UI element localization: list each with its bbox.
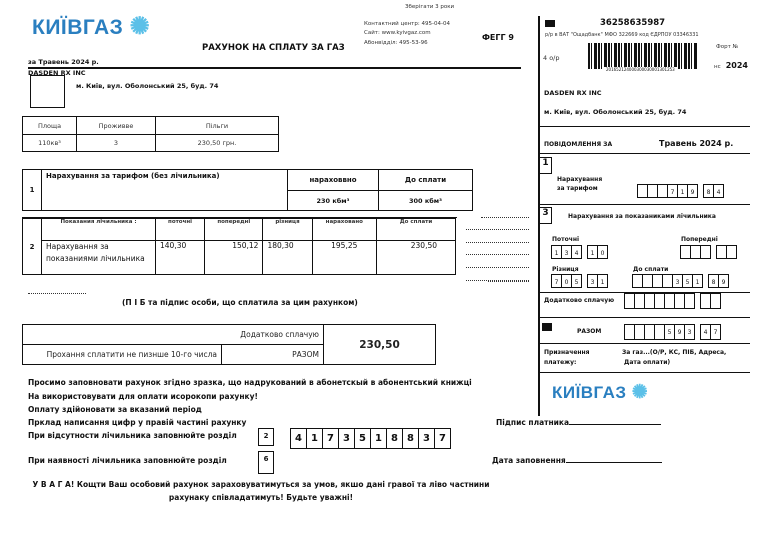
divider xyxy=(28,67,521,69)
instruction-line: На використовувати для оплати исорокопи … xyxy=(28,392,258,401)
deadline-note: Прохання сплатити не пизнше 10-го числа xyxy=(23,345,222,365)
previous-digits xyxy=(681,245,737,259)
section-1-accrued-header: нараховвно xyxy=(288,170,379,191)
right-payer-name: DASDEN RX INC xyxy=(544,89,602,97)
instruction-line: Просимо заповновати рахунок згідно зразк… xyxy=(28,378,472,387)
current-digits: 1 3 4 1 0 xyxy=(552,245,608,259)
digit-cell[interactable]: 3 xyxy=(684,324,695,340)
subscriber-dept: Абонвідділ: 495-53-96 xyxy=(364,40,428,46)
divider xyxy=(539,372,750,373)
previous-label: Попередні xyxy=(681,236,718,243)
bank-details: р/р в ВАТ "Ощадбанк" МФО 322669 код ЄДРП… xyxy=(545,32,699,38)
fill-date-label: Дата заповнення xyxy=(492,456,662,465)
instruction-line: Прклад написання цифр у правій частині р… xyxy=(28,418,246,427)
sample-digit: 3 xyxy=(418,428,435,449)
digit-cell[interactable] xyxy=(726,245,737,259)
value-residents: 3 xyxy=(77,135,156,152)
sample-digit: 8 xyxy=(386,428,403,449)
total-value: 230,50 xyxy=(324,325,436,365)
website: Сайт: www.kyivgaz.com xyxy=(364,30,431,36)
photo-box xyxy=(30,75,65,108)
page-title: РАХУНОК НА СПЛАТУ ЗА ГАЗ xyxy=(202,43,345,53)
dotted-leader xyxy=(466,254,529,255)
header-residents: Проживве xyxy=(77,117,156,135)
digit-cell[interactable] xyxy=(700,245,711,259)
section-1-accrued-value: 230 кбм³ xyxy=(288,191,379,211)
difference-label: Різниця xyxy=(552,266,579,273)
sample-digit: 7 xyxy=(434,428,451,449)
meter-row-label: Нарахування за показаниями лічильника xyxy=(42,241,156,275)
sample-digit: 1 xyxy=(306,428,323,449)
billing-period: за Травень 2024 р. xyxy=(28,58,99,66)
label-line: Нарахування xyxy=(557,175,602,184)
current-header: поточні xyxy=(156,219,205,241)
form-code: ФЕГГ 9 xyxy=(482,33,514,42)
difference-digits: 7 0 5 3 1 xyxy=(552,274,608,288)
sunburst-icon: ✺ xyxy=(632,382,648,403)
digit-cell[interactable]: 5 xyxy=(571,274,582,288)
marker-square xyxy=(545,20,555,27)
logo-text: КИЇВГАЗ xyxy=(32,16,123,39)
sample-digit: 1 xyxy=(370,428,387,449)
payer-signature-field[interactable] xyxy=(569,424,661,425)
kyivgaz-logo-right: КИЇВГАЗ ✺ xyxy=(552,381,648,404)
digit-cell[interactable] xyxy=(710,293,721,309)
section-2-table: 2 Показания лічильника : поточні поперед… xyxy=(22,218,456,275)
contact-center: Контактний центр: 495-04-04 xyxy=(364,21,450,27)
dotted-leader xyxy=(481,217,529,218)
form-year: 2024 xyxy=(726,61,748,70)
dotted-leader xyxy=(466,229,529,230)
section-1-number: 1 xyxy=(23,170,42,211)
payer-address: м. Київ, вул. Оболонський 25, буд. 74 xyxy=(76,82,218,90)
right-section-3-number: 3 xyxy=(539,207,552,224)
notice-period: Травень 2024 р. xyxy=(659,139,733,148)
logo-text: КИЇВГАЗ xyxy=(552,383,627,402)
label-line: Призначення xyxy=(544,348,590,358)
total-label-right: РАЗОМ xyxy=(577,328,601,335)
dotted-leader xyxy=(488,281,529,282)
section-1-topay-value: 300 кбм³ xyxy=(379,191,473,211)
total-label: РАЗОМ xyxy=(222,345,324,365)
instruction-line: При наявності лічильника заповнюйте розд… xyxy=(28,456,227,465)
sample-digit: 4 xyxy=(290,428,307,449)
purpose-label: Призначення платежу: xyxy=(544,348,590,368)
barcode-number: 201652124000300030001301253 xyxy=(604,67,677,72)
form-label: Форт № xyxy=(716,44,738,50)
digit-cell[interactable]: 9 xyxy=(687,184,698,198)
header-area: Площа xyxy=(23,117,77,135)
instruction-line: Оплату здійоновати за вказаний період xyxy=(28,405,202,414)
section-1-table: 1 Нарахування за тарифом (без лічильника… xyxy=(22,169,473,211)
section-1-label: Нарахування за тарифом (без лічильника) xyxy=(42,170,288,211)
purpose-line: За газ...(О/Р, КС, ПІБ, Адреса, xyxy=(622,348,726,358)
tariff-amount-digits: 7 1 9 8 4 xyxy=(638,184,724,198)
topay-digits: 3 5 1 8 9 xyxy=(633,274,729,288)
current-value: 140,30 xyxy=(156,241,205,275)
previous-header: попередні xyxy=(205,219,263,241)
fill-date-text: Дата заповнення xyxy=(492,456,566,465)
digit-cell[interactable]: 4 xyxy=(571,245,582,259)
sample-digit: 5 xyxy=(354,428,371,449)
form-year-row: нс 2024 xyxy=(714,53,748,72)
account-label: 4 о/р xyxy=(543,54,560,62)
sample-digit: 7 xyxy=(322,428,339,449)
marker-square xyxy=(542,323,552,331)
totals-table: Додатково сплачую 230,50 Прохання сплати… xyxy=(22,324,436,365)
form-prefix: нс xyxy=(714,64,721,70)
label-line: платежу: xyxy=(544,358,590,368)
payer-signature-text: Підпис платника xyxy=(496,418,569,427)
right-address: м. Київ, вул. Оболонський 25, буд. 74 xyxy=(544,108,686,116)
extra-payment-label-right: Додатково сплачую xyxy=(544,297,614,304)
sample-section-no-meter: 2 xyxy=(258,428,274,446)
barcode xyxy=(588,43,698,69)
instruction-line: При відсутности лічильника заповнюйте ро… xyxy=(28,431,237,440)
section-1-topay-header: До сплати xyxy=(379,170,473,191)
info-table: Площа Проживве Пільги 110кв³ 3 230,50 гр… xyxy=(22,116,279,152)
previous-value: 150,12 xyxy=(205,241,263,275)
accrued-value: 195,25 xyxy=(312,241,376,275)
dotted-leader xyxy=(466,242,529,243)
sample-digit: 3 xyxy=(338,428,355,449)
digit-cell[interactable]: 7 xyxy=(710,324,721,340)
topay-label: До сплати xyxy=(633,266,668,273)
total-digits: 5 9 3 4 7 xyxy=(625,324,721,340)
topay-header: До сплати xyxy=(377,219,456,241)
meter-readings-header: Показания лічильника : xyxy=(42,219,156,241)
keep-note: Зберігати 3 роки xyxy=(405,4,454,10)
right-section-3-label: Нарахування за показаниками лічильника xyxy=(568,213,716,220)
dotted-leader xyxy=(466,267,529,268)
purpose-text: За газ...(О/Р, КС, ПІБ, Адреса, Дата опл… xyxy=(622,348,726,368)
notice-label: ПОВІДОМЛЕННЯ ЗА xyxy=(544,141,612,148)
warning-text: У В А Г А! Кощти Ваш особовий рахунок за… xyxy=(26,478,496,504)
current-label: Поточні xyxy=(552,236,579,243)
payer-signature-label: Підпис платника xyxy=(496,418,661,427)
signature-caption: (П І Б та підпис особи, що сплатила за ц… xyxy=(122,298,358,307)
value-benefits: 230,50 грн. xyxy=(156,135,279,152)
extra-payment-digits xyxy=(625,293,721,309)
difference-header: різниця xyxy=(263,219,312,241)
value-area: 110кв³ xyxy=(23,135,77,152)
divider xyxy=(539,204,750,205)
digit-cell[interactable]: 0 xyxy=(597,245,608,259)
section-2-number: 2 xyxy=(23,219,42,275)
sunburst-icon: ✺ xyxy=(130,13,151,40)
right-section-1-number: 1 xyxy=(539,157,552,174)
right-section-1-label: Нарахування за тарифом xyxy=(557,175,602,193)
difference-value: 180,30 xyxy=(263,241,312,275)
accrued-header: нараховано xyxy=(312,219,376,241)
digit-cell[interactable]: 1 xyxy=(597,274,608,288)
digit-cell[interactable] xyxy=(684,293,695,309)
digit-cell[interactable]: 1 xyxy=(692,274,703,288)
header-benefits: Пільги xyxy=(156,117,279,135)
purpose-line: Дата оплати) xyxy=(622,358,726,368)
divider xyxy=(539,153,750,154)
extra-payment-label: Додатково сплачую xyxy=(23,325,324,345)
account-number: 36258635987 xyxy=(600,18,665,28)
signature-dots xyxy=(28,293,86,294)
sample-digits: 4 1 7 3 5 1 8 8 3 7 xyxy=(291,428,451,449)
topay-value: 230,50 xyxy=(377,241,456,275)
label-line: за тарифом xyxy=(557,184,602,193)
sample-digit: 8 xyxy=(402,428,419,449)
sample-section-meter: 6 xyxy=(258,451,274,474)
digit-cell[interactable]: 9 xyxy=(718,274,729,288)
divider xyxy=(539,126,750,127)
kyivgaz-logo: КИЇВГАЗ ✺ xyxy=(32,12,150,41)
divider xyxy=(539,343,750,344)
fill-date-field[interactable] xyxy=(566,462,662,463)
digit-cell[interactable]: 4 xyxy=(713,184,724,198)
divider xyxy=(539,317,750,318)
